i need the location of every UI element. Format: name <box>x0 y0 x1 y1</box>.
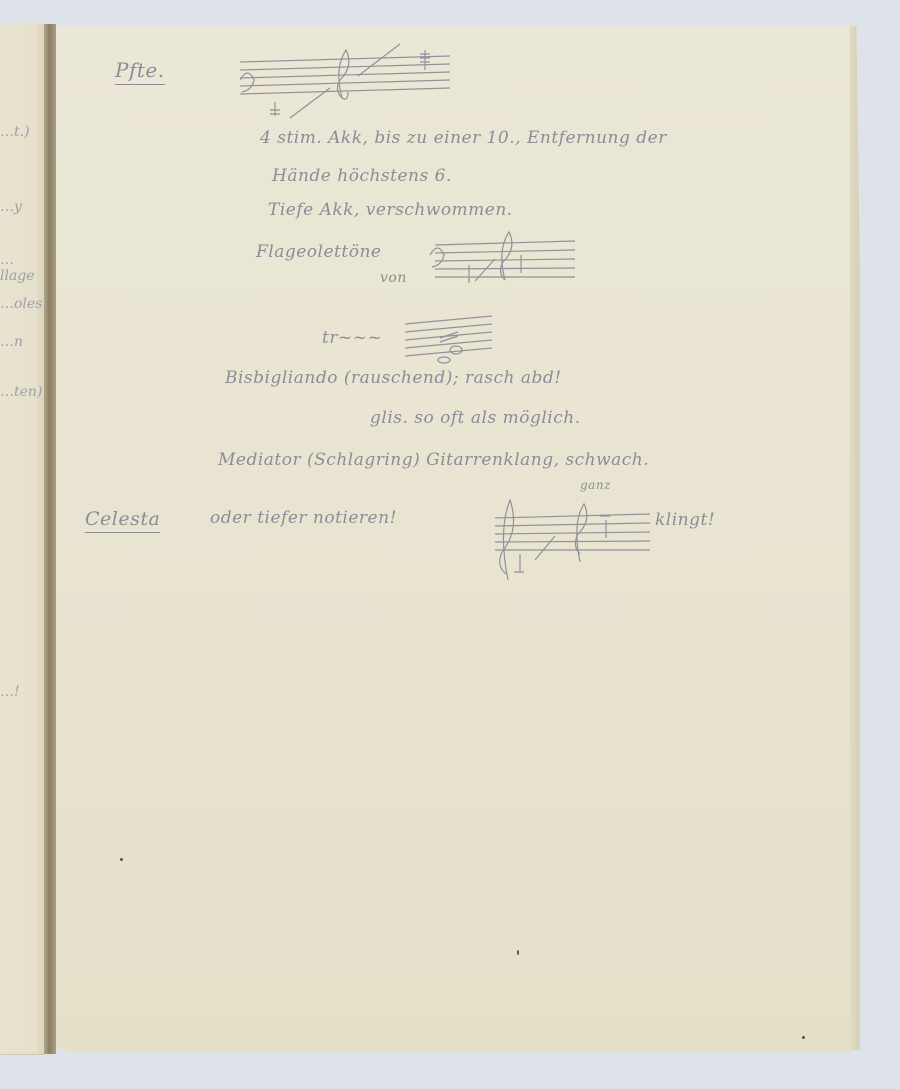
text-line: klingt! <box>655 510 715 530</box>
text-line: oder tiefer notieren! <box>210 508 397 528</box>
left-fragment: …y <box>0 199 22 215</box>
text-line: Mediator (Schlagring) Gitarrenklang, sch… <box>218 450 649 470</box>
section-label-celesta: Celesta <box>85 508 160 533</box>
section-label-pfte: Pfte. <box>115 58 165 85</box>
paper-speck <box>120 858 123 861</box>
text-line: Flageolettöne <box>256 242 381 262</box>
text-line: Tiefe Akk, verschwommen. <box>268 200 513 220</box>
text-line: von <box>380 270 407 286</box>
text-line: Hände höchstens 6. <box>272 166 452 186</box>
left-fragment: …t.) <box>0 124 30 140</box>
book-gutter <box>44 24 56 1054</box>
text-line: 4 stim. Akk, bis zu einer 10., Entfernun… <box>260 128 667 148</box>
manuscript-page <box>56 26 850 1052</box>
left-fragment: …ten) <box>0 384 42 400</box>
left-fragment: …n <box>0 334 23 350</box>
text-line: Bisbigliando (rauschend); rasch abd! <box>225 368 562 388</box>
left-page: …t.) …y …llage …oles …n …ten) …! <box>0 24 44 1055</box>
paper-speck <box>802 1036 805 1039</box>
trill-notation <box>400 310 500 370</box>
flageolet-notation <box>425 225 585 295</box>
left-fragment: …llage <box>0 252 44 284</box>
left-fragment: …! <box>0 684 20 700</box>
range-notation-celesta <box>480 490 660 590</box>
trill-mark: tr~~~ <box>322 328 382 348</box>
paper-speck <box>517 950 519 955</box>
left-fragment: …oles <box>0 296 42 312</box>
range-notation-pfte <box>230 40 460 120</box>
text-line: glis. so oft als möglich. <box>370 408 581 428</box>
